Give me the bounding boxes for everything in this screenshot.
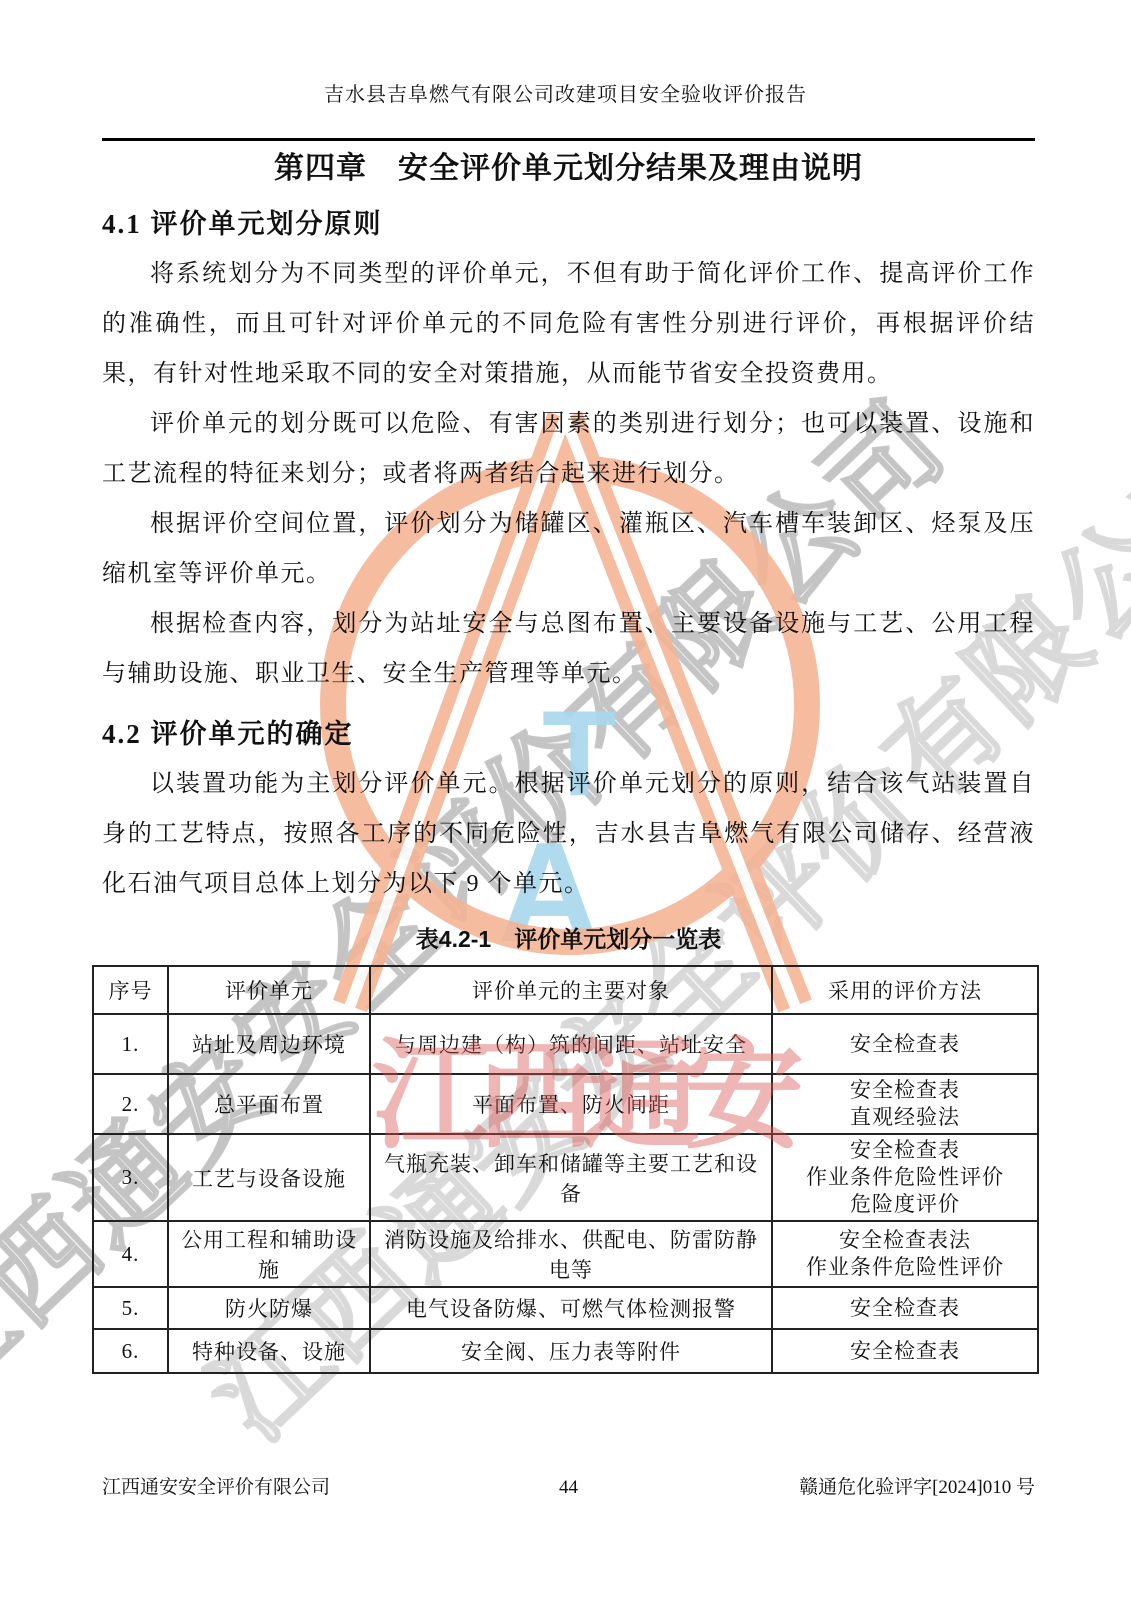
report-page: 江西通安安全评价有限公司 江西通安安全评价有限公司 T A 吉水县吉阜燃气有限公…: [0, 0, 1131, 1600]
table-header-cell: 采用的评价方法: [772, 966, 1038, 1014]
cell-target: 电气设备防爆、可燃气体检测报警: [370, 1287, 772, 1329]
table-header-cell: 评价单元: [168, 966, 370, 1014]
cell-no: 5.: [93, 1287, 168, 1329]
method-line: 直观经验法: [776, 1104, 1034, 1131]
section-heading-4-2: 4.2 评价单元的确定: [102, 716, 1035, 753]
footer-certificate-number: 赣通危化验评字[2024]010 号: [578, 1472, 1035, 1499]
cell-target: 平面布置、防火间距: [370, 1074, 772, 1134]
cell-unit: 工艺与设备设施: [168, 1134, 370, 1221]
paragraph: 根据检查内容，划分为站址安全与总图布置、主要设备设施与工艺、公用工程与辅助设施、…: [102, 599, 1035, 699]
table-row: 5.防火防爆电气设备防爆、可燃气体检测报警安全检查表: [93, 1287, 1038, 1329]
cell-methods: 安全检查表作业条件危险性评价危险度评价: [772, 1134, 1038, 1221]
cell-target: 消防设施及给排水、供配电、防雷防静电等: [370, 1221, 772, 1287]
table-row: 1.站址及周边环境与周边建（构）筑的间距、站址安全安全检查表: [93, 1014, 1038, 1074]
paragraph: 以装置功能为主划分评价单元。根据评价单元划分的原则，结合该气站装置自身的工艺特点…: [102, 759, 1035, 909]
table-row: 2.总平面布置平面布置、防火间距安全检查表直观经验法: [93, 1074, 1038, 1134]
method-line: 危险度评价: [776, 1191, 1034, 1218]
method-line: 安全检查表: [776, 1137, 1034, 1164]
document-content: 吉水县吉阜燃气有限公司改建项目安全验收评价报告 第四章 安全评价单元划分结果及理…: [0, 0, 1131, 1374]
paragraph: 将系统划分为不同类型的评价单元，不但有助于简化评价工作、提高评价工作的准确性，而…: [102, 249, 1035, 399]
paragraph: 评价单元的划分既可以危险、有害因素的类别进行划分；也可以装置、设施和工艺流程的特…: [102, 399, 1035, 499]
method-line: 安全检查表: [776, 1031, 1034, 1058]
method-line: 安全检查表法: [776, 1227, 1034, 1254]
cell-no: 1.: [93, 1014, 168, 1074]
method-line: 安全检查表: [776, 1077, 1034, 1104]
table-header-cell: 序号: [93, 966, 168, 1014]
cell-methods: 安全检查表法作业条件危险性评价: [772, 1221, 1038, 1287]
method-line: 作业条件危险性评价: [776, 1254, 1034, 1281]
header-rule: [102, 138, 1035, 141]
cell-no: 2.: [93, 1074, 168, 1134]
footer-page-number: 44: [559, 1477, 578, 1499]
cell-methods: 安全检查表: [772, 1329, 1038, 1373]
section-heading-4-1: 4.1 评价单元划分原则: [102, 206, 1035, 243]
table-header-row: 序号评价单元评价单元的主要对象采用的评价方法: [93, 966, 1038, 1014]
evaluation-unit-table: 序号评价单元评价单元的主要对象采用的评价方法1.站址及周边环境与周边建（构）筑的…: [92, 965, 1039, 1374]
section-4-2-paragraphs: 以装置功能为主划分评价单元。根据评价单元划分的原则，结合该气站装置自身的工艺特点…: [102, 759, 1035, 909]
cell-target: 气瓶充装、卸车和储罐等主要工艺和设备: [370, 1134, 772, 1221]
section-4-1-paragraphs: 将系统划分为不同类型的评价单元，不但有助于简化评价工作、提高评价工作的准确性，而…: [102, 249, 1035, 699]
cell-unit: 总平面布置: [168, 1074, 370, 1134]
table-row: 3.工艺与设备设施气瓶充装、卸车和储罐等主要工艺和设备安全检查表作业条件危险性评…: [93, 1134, 1038, 1221]
table-caption: 表4.2-1 评价单元划分一览表: [102, 925, 1035, 953]
chapter-title: 第四章 安全评价单元划分结果及理由说明: [102, 149, 1035, 189]
method-line: 作业条件危险性评价: [776, 1164, 1034, 1191]
cell-target: 安全阀、压力表等附件: [370, 1329, 772, 1373]
running-header: 吉水县吉阜燃气有限公司改建项目安全验收评价报告: [0, 0, 1131, 106]
cell-no: 3.: [93, 1134, 168, 1221]
table-row: 4.公用工程和辅助设施消防设施及给排水、供配电、防雷防静电等安全检查表法作业条件…: [93, 1221, 1038, 1287]
method-line: 安全检查表: [776, 1295, 1034, 1322]
cell-target: 与周边建（构）筑的间距、站址安全: [370, 1014, 772, 1074]
paragraph: 根据评价空间位置，评价划分为储罐区、灌瓶区、汽车槽车装卸区、烃泵及压缩机室等评价…: [102, 499, 1035, 599]
cell-unit: 站址及周边环境: [168, 1014, 370, 1074]
cell-methods: 安全检查表: [772, 1287, 1038, 1329]
page-footer: 江西通安安全评价有限公司 44 赣通危化验评字[2024]010 号: [102, 1472, 1035, 1499]
footer-company: 江西通安安全评价有限公司: [102, 1472, 559, 1499]
cell-methods: 安全检查表直观经验法: [772, 1074, 1038, 1134]
cell-no: 4.: [93, 1221, 168, 1287]
cell-unit: 防火防爆: [168, 1287, 370, 1329]
cell-no: 6.: [93, 1329, 168, 1373]
table-header-cell: 评价单元的主要对象: [370, 966, 772, 1014]
cell-methods: 安全检查表: [772, 1014, 1038, 1074]
table-row: 6.特种设备、设施安全阀、压力表等附件安全检查表: [93, 1329, 1038, 1373]
method-line: 安全检查表: [776, 1338, 1034, 1365]
cell-unit: 公用工程和辅助设施: [168, 1221, 370, 1287]
cell-unit: 特种设备、设施: [168, 1329, 370, 1373]
